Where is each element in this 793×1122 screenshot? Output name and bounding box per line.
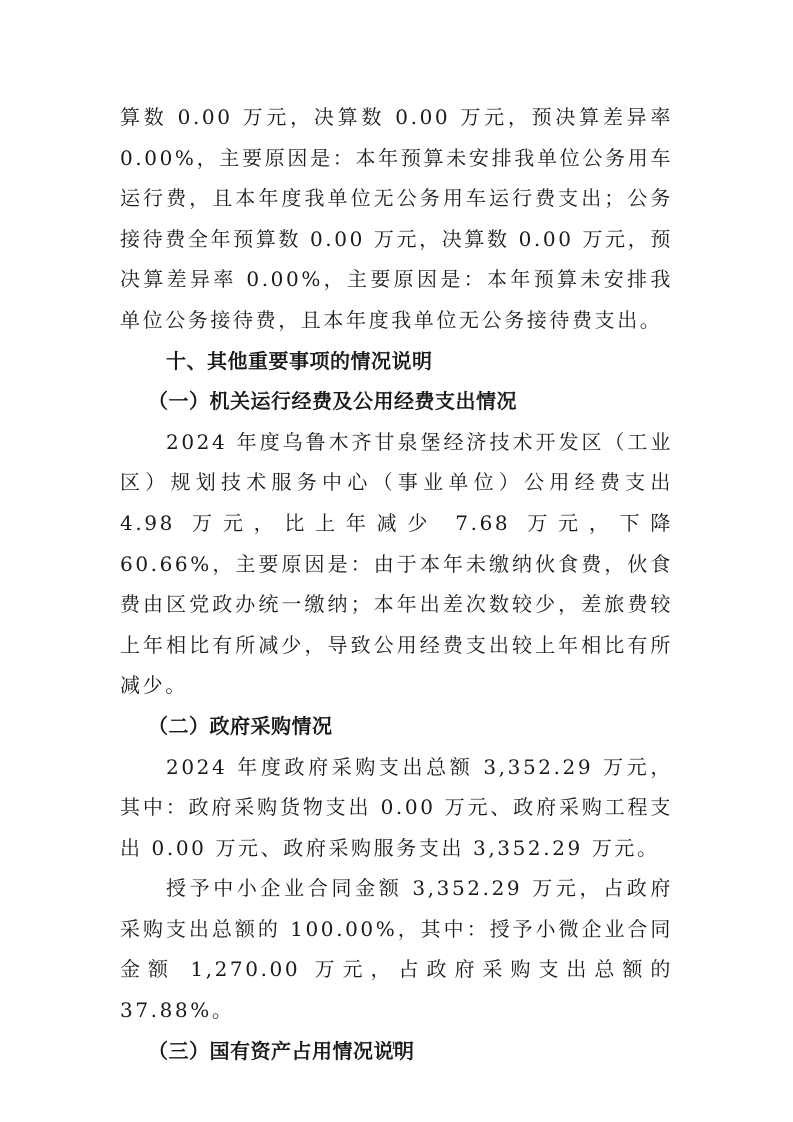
continuation-paragraph: 算数 0.00 万元，决算数 0.00 万元，预决算差异率 0.00%，主要原因… bbox=[120, 97, 673, 341]
page-number: 15 bbox=[0, 1038, 793, 1053]
subsection-2-paragraph-1: 2024 年度政府采购支出总额 3,352.29 万元，其中：政府采购货物支出 … bbox=[120, 747, 673, 869]
document-page: 算数 0.00 万元，决算数 0.00 万元，预决算差异率 0.00%，主要原因… bbox=[120, 97, 673, 1071]
subsection-1-heading: （一）机关运行经费及公用经费支出情况 bbox=[120, 381, 673, 422]
subsection-1-paragraph: 2024 年度乌鲁木齐甘泉堡经济技术开发区（工业区）规划技术服务中心（事业单位）… bbox=[120, 422, 673, 706]
subsection-2-paragraph-2: 授予中小企业合同金额 3,352.29 万元，占政府采购支出总额的 100.00… bbox=[120, 868, 673, 1030]
subsection-2-heading: （二）政府采购情况 bbox=[120, 706, 673, 747]
section-10-heading: 十、其他重要事项的情况说明 bbox=[120, 341, 673, 382]
